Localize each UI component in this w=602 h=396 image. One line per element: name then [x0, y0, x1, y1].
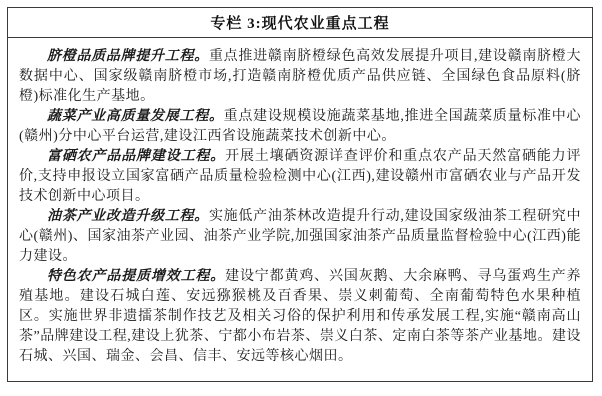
- project-name: 蔬菜产业高质量发展工程。: [47, 109, 224, 124]
- project-name: 富硒农产品品牌建设工程。: [47, 149, 225, 164]
- project-name: 脐橙品质品牌提升工程。: [47, 49, 209, 64]
- document-page: 专栏 3:现代农业重点工程 脐橙品质品牌提升工程。重点推进赣南脐橙绿色高效发展提…: [0, 0, 602, 396]
- column-box: 专栏 3:现代农业重点工程 脐橙品质品牌提升工程。重点推进赣南脐橙绿色高效发展提…: [7, 7, 593, 382]
- column-box-title: 专栏 3:现代农业重点工程: [210, 12, 389, 33]
- project-name: 油茶产业改造升级工程。: [47, 209, 209, 224]
- column-box-header: 专栏 3:现代农业重点工程: [8, 8, 592, 38]
- project-paragraph: 蔬菜产业高质量发展工程。重点建设规模设施蔬菜基地,推进全国蔬菜质量标准中心(赣州…: [19, 107, 581, 147]
- project-paragraph: 油茶产业改造升级工程。实施低产油茶林改造提升行动,建设国家级油茶工程研究中心(赣…: [19, 207, 581, 267]
- column-box-body: 脐橙品质品牌提升工程。重点推进赣南脐橙绿色高效发展提升项目,建设赣南脐橙大数据中…: [8, 38, 592, 373]
- project-paragraph: 特色农产品提质增效工程。建设宁都黄鸡、兴国灰鹅、大余麻鸭、寻乌蛋鸡生产养殖基地。…: [19, 267, 581, 367]
- project-paragraph: 脐橙品质品牌提升工程。重点推进赣南脐橙绿色高效发展提升项目,建设赣南脐橙大数据中…: [19, 47, 581, 107]
- project-name: 特色农产品提质增效工程。: [47, 269, 225, 284]
- project-paragraph: 富硒农产品品牌建设工程。开展土壤硒资源详查评价和重点农产品天然富硒能力评价,支持…: [19, 147, 581, 207]
